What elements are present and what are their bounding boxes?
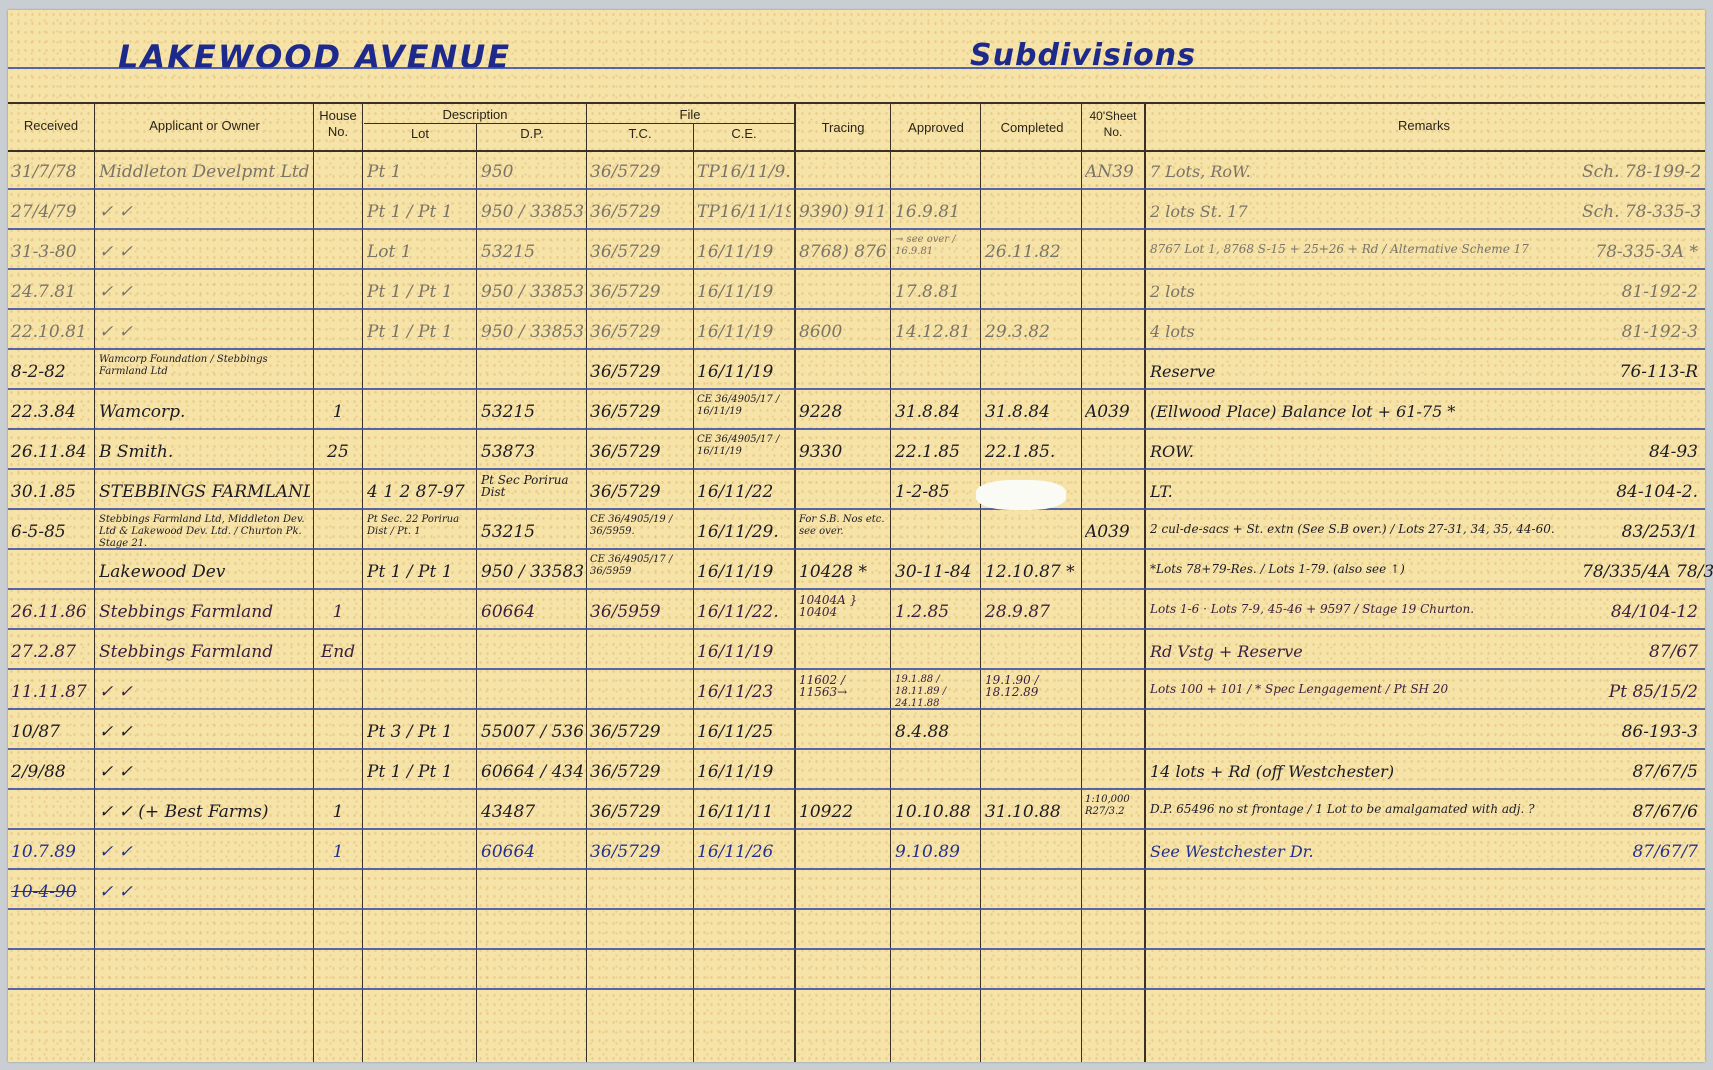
cell-completed: 22.1.85. xyxy=(985,442,1079,462)
cell-applicant: ✓ ✓ xyxy=(99,242,310,262)
cell-tc: 36/5729 xyxy=(590,402,690,422)
cell-ce: CE 36/4905/17 / 16/11/19 xyxy=(697,434,791,458)
cell-dp: 60664 xyxy=(481,602,583,622)
header-house-no: House No. xyxy=(314,108,362,140)
cell-reference: 84/104-12 xyxy=(1582,602,1698,622)
cell-approved: 14.12.81 xyxy=(895,322,977,342)
cell-tracing: 10922 xyxy=(799,802,887,822)
cell-remarks: Reserve xyxy=(1150,362,1596,381)
cell-received: 27.2.87 xyxy=(11,642,91,662)
cell-applicant: ✓ ✓ xyxy=(99,722,310,742)
cell-dp: 43487 xyxy=(481,802,583,822)
cell-remarks: 2 lots St. 17 xyxy=(1150,202,1596,221)
cell-received: 6-5-85 xyxy=(11,522,91,542)
row-rule xyxy=(8,188,1705,190)
correction-fluid-mark xyxy=(976,480,1066,510)
cell-tc: 36/5729 xyxy=(590,202,690,222)
cell-applicant: Stebbings Farmland Ltd, Middleton Dev. L… xyxy=(99,514,310,550)
cell-ce: 16/11/26 xyxy=(697,842,791,862)
header-completed: Completed xyxy=(982,120,1082,136)
cell-remarks: Rd Vstg + Reserve xyxy=(1150,642,1596,661)
header-description: Description xyxy=(364,107,586,123)
cell-ce: 16/11/22 xyxy=(697,482,791,502)
cell-remarks: Lots 1-6 · Lots 7-9, 45-46 + 9597 / Stag… xyxy=(1150,602,1596,616)
header-approved: Approved xyxy=(892,120,980,136)
cell-received: 26.11.86 xyxy=(11,602,91,622)
row-rule xyxy=(8,468,1705,470)
cell-reference: Sch. 78-199-2 xyxy=(1582,162,1698,182)
cell-ce: TP16/11/9. xyxy=(697,162,791,182)
cell-applicant: Wamcorp. xyxy=(99,402,310,422)
cell-received: 10.7.89 xyxy=(11,842,91,862)
cell-sheet: A039 xyxy=(1085,522,1141,542)
cell-reference: 84-104-2. xyxy=(1582,482,1698,502)
cell-reference: 87/67/5 xyxy=(1582,762,1698,782)
title-rule xyxy=(8,67,1705,69)
cell-lot: Pt 1 / Pt 1 xyxy=(367,322,473,342)
cell-house: 1 xyxy=(317,802,359,822)
cell-tc: 36/5729 xyxy=(590,442,690,462)
header-remarks: Remarks xyxy=(1146,118,1702,134)
row-rule xyxy=(8,988,1705,990)
cell-received: 31/7/78 xyxy=(11,162,91,182)
header-bottom-rule xyxy=(8,150,1705,152)
subheader-rule xyxy=(364,123,794,124)
cell-received: 26.11.84 xyxy=(11,442,91,462)
cell-ce: TP16/11/19 xyxy=(697,202,791,222)
cell-lot: Pt 1 xyxy=(367,162,473,182)
column-divider xyxy=(586,102,587,1062)
cell-tracing: 9228 xyxy=(799,402,887,422)
cell-applicant: ✓ ✓ xyxy=(99,282,310,302)
cell-tc: 36/5729 xyxy=(590,842,690,862)
cell-tracing: 9330 xyxy=(799,442,887,462)
cell-ce: 16/11/19 xyxy=(697,762,791,782)
cell-tracing: 11602 / 11563→ xyxy=(799,674,887,698)
cell-approved: 10.10.88 xyxy=(895,802,977,822)
cell-completed: 28.9.87 xyxy=(985,602,1079,622)
cell-received: 22.10.81 xyxy=(11,322,91,342)
cell-applicant: Stebbings Farmland xyxy=(99,602,310,622)
cell-approved: 30-11-84 xyxy=(895,562,977,582)
cell-house: 25 xyxy=(317,442,359,462)
cell-applicant: Wamcorp Foundation / Stebbings Farmland … xyxy=(99,354,310,378)
street-title: LAKEWOOD AVENUE xyxy=(118,38,511,76)
cell-tc: 36/5729 xyxy=(590,362,690,382)
cell-dp: 53215 xyxy=(481,402,583,422)
cell-remarks: 8767 Lot 1, 8768 S-15 + 25+26 + Rd / Alt… xyxy=(1150,242,1596,256)
cell-received: 8-2-82 xyxy=(11,362,91,382)
cell-reference: 78/335/4A 78/335/3A xyxy=(1582,562,1698,582)
row-rule xyxy=(8,388,1705,390)
cell-approved: 8.4.88 xyxy=(895,722,977,742)
row-rule xyxy=(8,308,1705,310)
cell-ce: 16/11/25 xyxy=(697,722,791,742)
column-divider xyxy=(693,123,694,1062)
cell-applicant: ✓ ✓ xyxy=(99,762,310,782)
cell-reference: Pt 85/15/2 xyxy=(1582,682,1698,702)
row-rule xyxy=(8,868,1705,870)
cell-received: 24.7.81 xyxy=(11,282,91,302)
record-card: LAKEWOOD AVENUE Subdivisions Received Ap… xyxy=(8,10,1705,1062)
cell-tc: 36/5959 xyxy=(590,602,690,622)
cell-remarks: D.P. 65496 no st frontage / 1 Lot to be … xyxy=(1150,802,1596,816)
cell-reference: 87/67/6 xyxy=(1582,802,1698,822)
cell-tc: 36/5729 xyxy=(590,482,690,502)
cell-lot: 4 1 2 87-97 xyxy=(367,482,473,502)
cell-dp: 950 / 33853 xyxy=(481,282,583,302)
cell-remarks: 4 lots xyxy=(1150,322,1596,341)
header-dp: D.P. xyxy=(478,126,586,142)
column-divider xyxy=(1081,102,1082,1062)
cell-dp: 60664 / 43487 xyxy=(481,762,583,782)
cell-lot: Pt 1 / Pt 1 xyxy=(367,282,473,302)
cell-approved: 22.1.85 xyxy=(895,442,977,462)
cell-reference: 86-193-3 xyxy=(1582,722,1698,742)
cell-remarks: *Lots 78+79-Res. / Lots 1-79. (also see … xyxy=(1150,562,1596,576)
row-rule xyxy=(8,508,1705,510)
cell-dp: 950 / 33853 xyxy=(481,322,583,342)
cell-tracing: 10428 * xyxy=(799,562,887,582)
cell-remarks: LT. xyxy=(1150,482,1596,501)
cell-tc: CE 36/4905/17 / 36/5959 xyxy=(590,554,690,578)
cell-reference: 81-192-3 xyxy=(1582,322,1698,342)
cell-lot: Pt 1 / Pt 1 xyxy=(367,762,473,782)
cell-reference: 84-93 xyxy=(1582,442,1698,462)
cell-sheet: 1:10,000 R27/3.2 xyxy=(1085,794,1141,818)
header-tc: T.C. xyxy=(587,126,693,142)
cell-approved: 1-2-85 xyxy=(895,482,977,502)
cell-ce: 16/11/11 xyxy=(697,802,791,822)
cell-ce: 16/11/22. xyxy=(697,602,791,622)
row-rule xyxy=(8,628,1705,630)
cell-dp: 55007 / 53611 xyxy=(481,722,583,742)
cell-applicant: STEBBINGS FARMLAND LTD. xyxy=(99,482,310,502)
row-rule xyxy=(8,668,1705,670)
cell-completed: 31.10.88 xyxy=(985,802,1079,822)
cell-dp: 53873 xyxy=(481,442,583,462)
cell-approved: 9.10.89 xyxy=(895,842,977,862)
header-sheet-no: 40'Sheet No. xyxy=(1082,108,1144,140)
header-lot: Lot xyxy=(364,126,476,142)
cell-applicant: Stebbings Farmland xyxy=(99,642,310,662)
cell-tc: CE 36/4905/19 / 36/5959. xyxy=(590,514,690,538)
cell-applicant: ✓ ✓ xyxy=(99,682,310,702)
cell-lot: Pt 3 / Pt 1 xyxy=(367,722,473,742)
cell-reference: 83/253/1 xyxy=(1582,522,1698,542)
cell-applicant: Lakewood Dev xyxy=(99,562,310,582)
cell-applicant: ✓ ✓ xyxy=(99,202,310,222)
cell-remarks: Lots 100 + 101 / * Spec Lengagement / Pt… xyxy=(1150,682,1596,696)
cell-tc: 36/5729 xyxy=(590,162,690,182)
cell-applicant: ✓ ✓ (+ Best Farms) xyxy=(99,802,310,822)
cell-sheet: A039 xyxy=(1085,402,1141,422)
cell-completed: 12.10.87 * xyxy=(985,562,1079,582)
cell-house: End xyxy=(317,642,359,662)
cell-completed: 31.8.84 xyxy=(985,402,1079,422)
cell-received: 22.3.84 xyxy=(11,402,91,422)
cell-dp: 60664 xyxy=(481,842,583,862)
cell-received: 11.11.87 xyxy=(11,682,91,702)
cell-tc: 36/5729 xyxy=(590,762,690,782)
cell-approved: → see over / 16.9.81 xyxy=(895,234,977,258)
cell-dp: 950 / 33583 xyxy=(481,562,583,582)
cell-remarks: 2 cul-de-sacs + St. extn (See S.B over.)… xyxy=(1150,522,1596,536)
row-rule xyxy=(8,908,1705,910)
column-divider xyxy=(94,102,95,1062)
row-rule xyxy=(8,228,1705,230)
cell-remarks: 7 Lots, RoW. xyxy=(1150,162,1596,181)
cell-tc: 36/5729 xyxy=(590,282,690,302)
cell-reference: 78-335-3A * xyxy=(1582,242,1698,262)
cell-received: 10/87 xyxy=(11,722,91,742)
row-rule xyxy=(8,708,1705,710)
cell-dp: Pt Sec Porirua Dist xyxy=(481,474,583,498)
cell-house: 1 xyxy=(317,842,359,862)
column-divider xyxy=(362,102,363,1062)
cell-tc: 36/5729 xyxy=(590,322,690,342)
cell-remarks: 14 lots + Rd (off Westchester) xyxy=(1150,762,1596,781)
cell-ce: 16/11/19 xyxy=(697,242,791,262)
cell-reference: 76-113-R xyxy=(1582,362,1698,382)
cell-ce: 16/11/29. xyxy=(697,522,791,542)
column-divider xyxy=(1144,102,1146,1062)
column-divider xyxy=(980,102,981,1062)
cell-approved: 1.2.85 xyxy=(895,602,977,622)
cell-dp: 950 xyxy=(481,162,583,182)
cell-received: 27/4/79 xyxy=(11,202,91,222)
column-divider xyxy=(476,123,477,1062)
cell-reference: 87/67/7 xyxy=(1582,842,1698,862)
cell-tc: 36/5729 xyxy=(590,722,690,742)
cell-reference: Sch. 78-335-3 xyxy=(1582,202,1698,222)
column-divider xyxy=(794,102,796,1062)
cell-dp: 950 / 33853 xyxy=(481,202,583,222)
cell-house: 1 xyxy=(317,402,359,422)
cell-tracing: 8600 xyxy=(799,322,887,342)
cell-completed: 29.3.82 xyxy=(985,322,1079,342)
cell-applicant: Middleton Develpmt Ltd xyxy=(99,162,310,182)
header-tracing: Tracing xyxy=(796,120,890,136)
cell-ce: 16/11/19 xyxy=(697,642,791,662)
header-received: Received xyxy=(8,118,94,134)
cell-dp: 53215 xyxy=(481,242,583,262)
cell-tracing: 8768) 8767) xyxy=(799,242,887,262)
column-divider xyxy=(313,102,314,1062)
header-file: File xyxy=(587,107,793,123)
cell-lot: Pt Sec. 22 Porirua Dist / Pt. 1 xyxy=(367,514,473,538)
cell-received: 10-4-90 xyxy=(11,882,91,902)
cell-tc: 36/5729 xyxy=(590,242,690,262)
cell-received: 30.1.85 xyxy=(11,482,91,502)
cell-applicant: ✓ ✓ xyxy=(99,882,310,902)
header-top-rule xyxy=(8,102,1705,104)
cell-remarks: (Ellwood Place) Balance lot + 61-75 * xyxy=(1150,402,1596,421)
cell-ce: 16/11/23 xyxy=(697,682,791,702)
cell-ce: 16/11/19 xyxy=(697,322,791,342)
cell-applicant: ✓ ✓ xyxy=(99,842,310,862)
cell-lot: Pt 1 / Pt 1 xyxy=(367,202,473,222)
cell-reference: 87/67 xyxy=(1582,642,1698,662)
header-ce: C.E. xyxy=(694,126,794,142)
cell-approved: 31.8.84 xyxy=(895,402,977,422)
row-rule xyxy=(8,348,1705,350)
row-rule xyxy=(8,748,1705,750)
row-rule xyxy=(8,588,1705,590)
row-rule xyxy=(8,428,1705,430)
cell-lot: Pt 1 / Pt 1 xyxy=(367,562,473,582)
cell-lot: Lot 1 xyxy=(367,242,473,262)
cell-approved: 19.1.88 / 18.11.89 / 24.11.88 xyxy=(895,674,977,710)
cell-tracing: For S.B. Nos etc. see over. xyxy=(799,514,887,538)
cell-reference: 81-192-2 xyxy=(1582,282,1698,302)
cell-tc: 36/5729 xyxy=(590,802,690,822)
row-rule xyxy=(8,948,1705,950)
row-rule xyxy=(8,788,1705,790)
cell-remarks: 2 lots xyxy=(1150,282,1596,301)
cell-remarks: ROW. xyxy=(1150,442,1596,461)
cell-ce: 16/11/19 xyxy=(697,282,791,302)
row-rule xyxy=(8,268,1705,270)
cell-remarks: See Westchester Dr. xyxy=(1150,842,1596,861)
cell-completed: 26.11.82 xyxy=(985,242,1079,262)
cell-house: 1 xyxy=(317,602,359,622)
row-rule xyxy=(8,828,1705,830)
cell-ce: 16/11/19 xyxy=(697,562,791,582)
cell-sheet: AN39 xyxy=(1085,162,1141,182)
cell-ce: CE 36/4905/17 / 16/11/19 xyxy=(697,394,791,418)
cell-approved: 16.9.81 xyxy=(895,202,977,222)
cell-dp: 53215 xyxy=(481,522,583,542)
cell-approved: 17.8.81 xyxy=(895,282,977,302)
cell-received: 31-3-80 xyxy=(11,242,91,262)
cell-completed: 19.1.90 / 18.12.89 xyxy=(985,674,1079,698)
cell-applicant: B Smith. xyxy=(99,442,310,462)
header-applicant: Applicant or Owner xyxy=(96,118,313,134)
cell-tracing: 10404A } 10404 xyxy=(799,594,887,618)
column-divider xyxy=(890,102,891,1062)
cell-ce: 16/11/19 xyxy=(697,362,791,382)
cell-applicant: ✓ ✓ xyxy=(99,322,310,342)
cell-received: 2/9/88 xyxy=(11,762,91,782)
cell-tracing: 9390) 9111) xyxy=(799,202,887,222)
